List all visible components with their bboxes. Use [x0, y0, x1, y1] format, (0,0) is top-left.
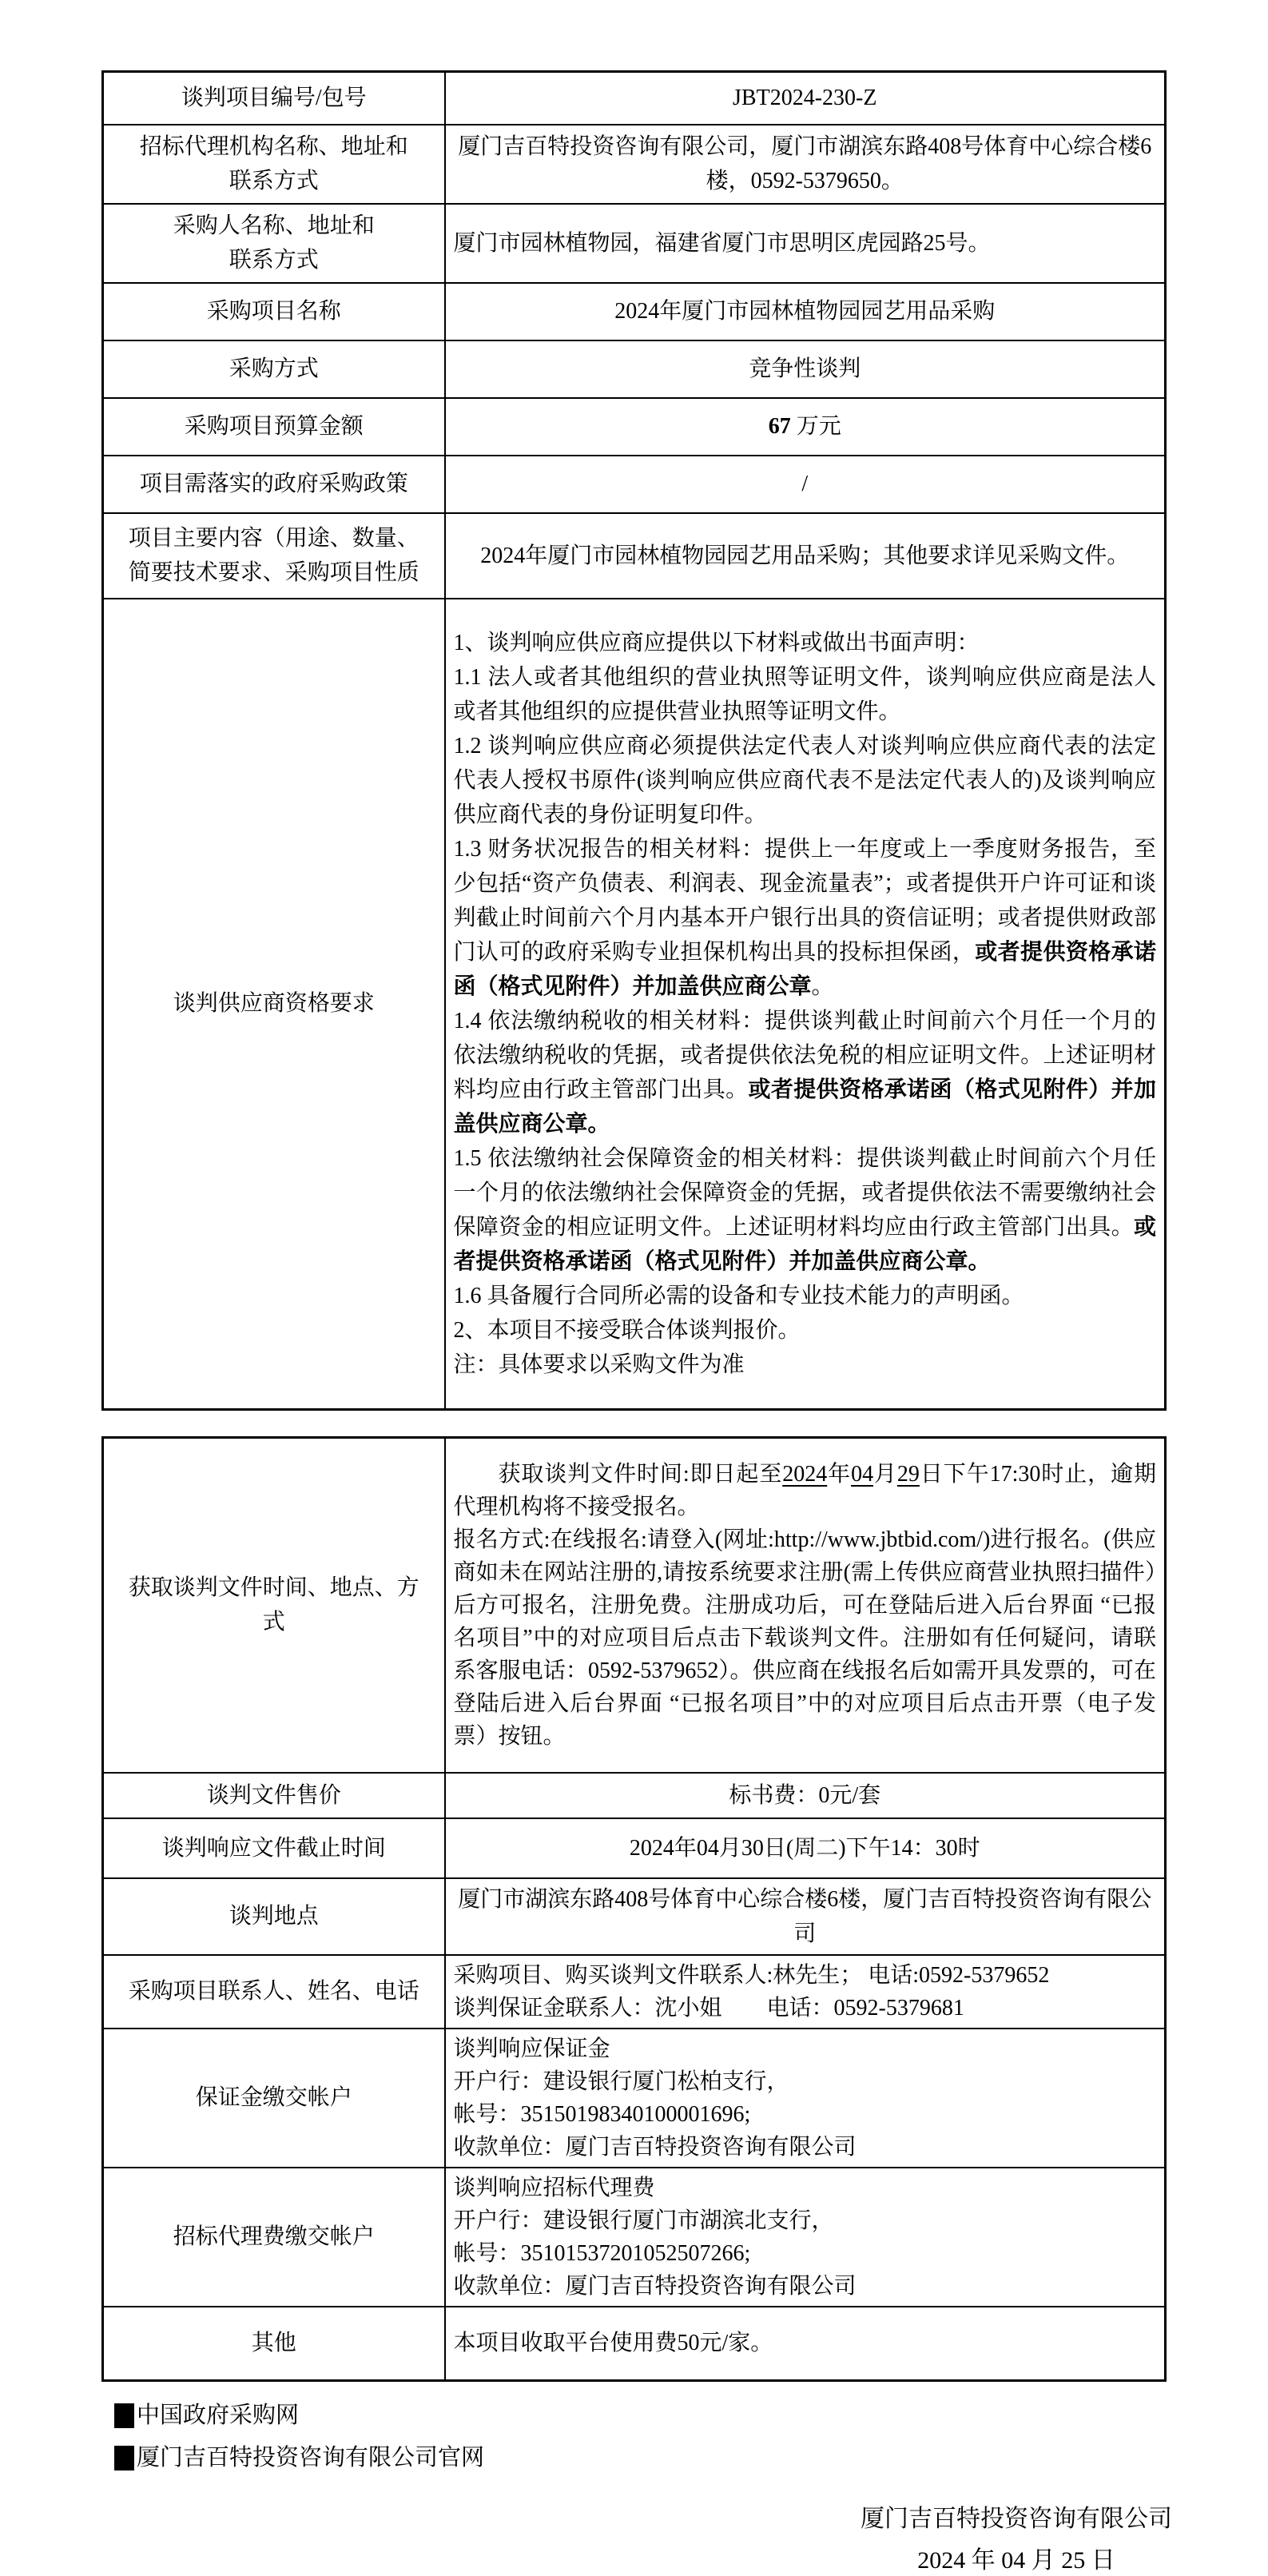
square-bullet-icon — [114, 2446, 134, 2470]
table-row: 保证金缴交帐户 谈判响应保证金开户行：建设银行厦门松柏支行，帐号：3515019… — [103, 2029, 1166, 2168]
paragraph: 谈判保证金联系人：沈小姐 电话：0592-5379681 — [454, 1992, 1157, 2025]
paragraph: 收款单位：厦门吉百特投资咨询有限公司 — [454, 2131, 1157, 2164]
table-row: 项目需落实的政府采购政策 / — [103, 456, 1166, 513]
table-row: 采购项目联系人、姓名、电话 采购项目、购买谈判文件联系人:林先生； 电话:059… — [103, 1955, 1166, 2029]
signature-date: 2024 年 04 月 25 日 — [861, 2540, 1172, 2576]
list-item: 中国政府采购网 — [114, 2398, 1268, 2434]
label-deposit-account: 保证金缴交帐户 — [103, 2029, 445, 2168]
table-row: 其他 本项目收取平台使用费50元/家。 — [103, 2307, 1166, 2381]
value-purchaser-info: 厦门市园林植物园，福建省厦门市思明区虎园路25号。 — [445, 204, 1166, 283]
paragraph: 1、谈判响应供应商应提供以下材料或做出书面声明： — [454, 626, 1157, 660]
table-row: 谈判项目编号/包号 JBT2024-230-Z — [103, 72, 1166, 125]
value-gov-policy: / — [445, 456, 1166, 513]
paragraph: 采购项目、购买谈判文件联系人:林先生； 电话:0592-5379652 — [454, 1959, 1157, 1992]
table-row: 谈判地点 厦门市湖滨东路408号体育中心综合楼6楼，厦门吉百特投资咨询有限公司 — [103, 1878, 1166, 1955]
paragraph: 谈判响应保证金 — [454, 2033, 1157, 2065]
table-row: 谈判响应文件截止时间 2024年04月30日(周二)下午14：30时 — [103, 1818, 1166, 1878]
table-row: 采购人名称、地址和 联系方式 厦门市园林植物园，福建省厦门市思明区虎园路25号。 — [103, 204, 1166, 283]
value-negotiation-project-number: JBT2024-230-Z — [445, 72, 1166, 125]
value-other: 本项目收取平台使用费50元/家。 — [445, 2307, 1166, 2381]
paragraph: 1.4 依法缴纳税收的相关材料：提供谈判截止时间前六个月任一个月的依法缴纳税收的… — [454, 1004, 1157, 1141]
label-procurement-method: 采购方式 — [103, 340, 445, 398]
paragraph: 2、本项目不接受联合体谈判报价。 — [454, 1313, 1157, 1348]
label-main-content: 项目主要内容（用途、数量、 简要技术要求、采购项目性质 — [103, 513, 445, 599]
label-negotiation-project-number: 谈判项目编号/包号 — [103, 72, 445, 125]
paragraph: 1.6 具备履行合同所必需的设备和专业技术能力的声明函。 — [454, 1279, 1157, 1313]
value-procurement-method: 竞争性谈判 — [445, 340, 1166, 398]
value-main-content: 2024年厦门市园林植物园园艺用品采购；其他要求详见采购文件。 — [445, 513, 1166, 599]
paragraph: 开户行：建设银行厦门松柏支行， — [454, 2065, 1157, 2098]
label-supplier-qualification: 谈判供应商资格要求 — [103, 599, 445, 1410]
value-budget-amount: 67 万元 — [445, 398, 1166, 456]
label-negotiation-location: 谈判地点 — [103, 1878, 445, 1955]
paragraph: 1.5 依法缴纳社会保障资金的相关材料：提供谈判截止时间前六个月任一个月的依法缴… — [454, 1141, 1157, 1279]
table-row: 招标代理费缴交帐户 谈判响应招标代理费开户行：建设银行厦门市湖滨北支行，帐号：3… — [103, 2168, 1166, 2307]
label-agency-info: 招标代理机构名称、地址和 联系方式 — [103, 125, 445, 204]
value-response-deadline: 2024年04月30日(周二)下午14：30时 — [445, 1818, 1166, 1878]
paragraph: 1.2 谈判响应供应商必须提供法定代表人对谈判响应供应商代表的法定代表人授权书原… — [454, 729, 1157, 832]
value-agency-info: 厦门吉百特投资咨询有限公司，厦门市湖滨东路408号体育中心综合楼6楼，0592-… — [445, 125, 1166, 204]
label-doc-obtain: 获取谈判文件时间、地点、方 式 — [103, 1438, 445, 1773]
label-project-name: 采购项目名称 — [103, 283, 445, 340]
value-doc-price: 标书费：0元/套 — [445, 1773, 1166, 1818]
value-negotiation-location: 厦门市湖滨东路408号体育中心综合楼6楼，厦门吉百特投资咨询有限公司 — [445, 1878, 1166, 1955]
signature-company: 厦门吉百特投资咨询有限公司 — [861, 2498, 1172, 2540]
label-response-deadline: 谈判响应文件截止时间 — [103, 1818, 445, 1878]
paragraph: 谈判响应招标代理费 — [454, 2172, 1157, 2204]
label-doc-price: 谈判文件售价 — [103, 1773, 445, 1818]
label-agency-fee-account: 招标代理费缴交帐户 — [103, 2168, 445, 2307]
footnote-label: 厦门吉百特投资咨询有限公司官网 — [137, 2440, 484, 2476]
value-deposit-account: 谈判响应保证金开户行：建设银行厦门松柏支行，帐号：351501983401000… — [445, 2029, 1166, 2168]
square-bullet-icon — [114, 2403, 134, 2428]
paragraph: 1.1 法人或者其他组织的营业执照等证明文件，谈判响应供应商是法人或者其他组织的… — [454, 660, 1157, 729]
list-item: 厦门吉百特投资咨询有限公司官网 — [114, 2440, 1268, 2476]
signature-block: 厦门吉百特投资咨询有限公司 2024 年 04 月 25 日 — [861, 2498, 1172, 2576]
footnote-label: 中国政府采购网 — [137, 2398, 299, 2434]
label-other: 其他 — [103, 2307, 445, 2381]
table-row: 采购项目名称 2024年厦门市园林植物园园艺用品采购 — [103, 283, 1166, 340]
label-budget-amount: 采购项目预算金额 — [103, 398, 445, 456]
table-row: 谈判文件售价 标书费：0元/套 — [103, 1773, 1166, 1818]
table-row: 采购项目预算金额 67 万元 — [103, 398, 1166, 456]
value-project-name: 2024年厦门市园林植物园园艺用品采购 — [445, 283, 1166, 340]
paragraph: 1.3 财务状况报告的相关材料：提供上一年度或上一季度财务报告，至少包括“资产负… — [454, 832, 1157, 1004]
table-row: 招标代理机构名称、地址和 联系方式 厦门吉百特投资咨询有限公司，厦门市湖滨东路4… — [103, 125, 1166, 204]
paragraph: 帐号：35150198340100001696; — [454, 2098, 1157, 2131]
value-contacts: 采购项目、购买谈判文件联系人:林先生； 电话:0592-5379652谈判保证金… — [445, 1955, 1166, 2029]
document-page: 谈判项目编号/包号 JBT2024-230-Z 招标代理机构名称、地址和 联系方… — [0, 0, 1268, 2576]
value-doc-obtain: 获取谈判文件时间:即日起至2024年04月29日下午17:30时止，逾期代理机构… — [445, 1438, 1166, 1773]
value-agency-fee-account: 谈判响应招标代理费开户行：建设银行厦门市湖滨北支行，帐号：35101537201… — [445, 2168, 1166, 2307]
paragraph: 开户行：建设银行厦门市湖滨北支行， — [454, 2204, 1157, 2237]
paragraph: 帐号：35101537201052507266; — [454, 2237, 1157, 2270]
table-row: 项目主要内容（用途、数量、 简要技术要求、采购项目性质 2024年厦门市园林植物… — [103, 513, 1166, 599]
paragraph: 收款单位：厦门吉百特投资咨询有限公司 — [454, 2270, 1157, 2303]
table-row: 采购方式 竞争性谈判 — [103, 340, 1166, 398]
budget-unit: 万元 — [791, 414, 841, 439]
label-gov-policy: 项目需落实的政府采购政策 — [103, 456, 445, 513]
value-supplier-qualification: 1、谈判响应供应商应提供以下材料或做出书面声明：1.1 法人或者其他组织的营业执… — [445, 599, 1166, 1410]
budget-number: 67 — [769, 414, 791, 439]
label-purchaser-info: 采购人名称、地址和 联系方式 — [103, 204, 445, 283]
paragraph: 获取谈判文件时间:即日起至2024年04月29日下午17:30时止，逾期代理机构… — [454, 1458, 1157, 1523]
paragraph: 报名方式:在线报名:请登入(网址:http://www.jbtbid.com/)… — [454, 1523, 1157, 1753]
announcement-media-list: 中国政府采购网 厦门吉百特投资咨询有限公司官网 — [114, 2398, 1268, 2476]
label-contacts: 采购项目联系人、姓名、电话 — [103, 1955, 445, 2029]
bidding-details-table: 获取谈判文件时间、地点、方 式 获取谈判文件时间:即日起至2024年04月29日… — [101, 1436, 1167, 2382]
table-row: 获取谈判文件时间、地点、方 式 获取谈判文件时间:即日起至2024年04月29日… — [103, 1438, 1166, 1773]
paragraph: 注：具体要求以采购文件为准 — [454, 1348, 1157, 1382]
procurement-info-table: 谈判项目编号/包号 JBT2024-230-Z 招标代理机构名称、地址和 联系方… — [101, 70, 1167, 1411]
table-row: 谈判供应商资格要求 1、谈判响应供应商应提供以下材料或做出书面声明：1.1 法人… — [103, 599, 1166, 1410]
